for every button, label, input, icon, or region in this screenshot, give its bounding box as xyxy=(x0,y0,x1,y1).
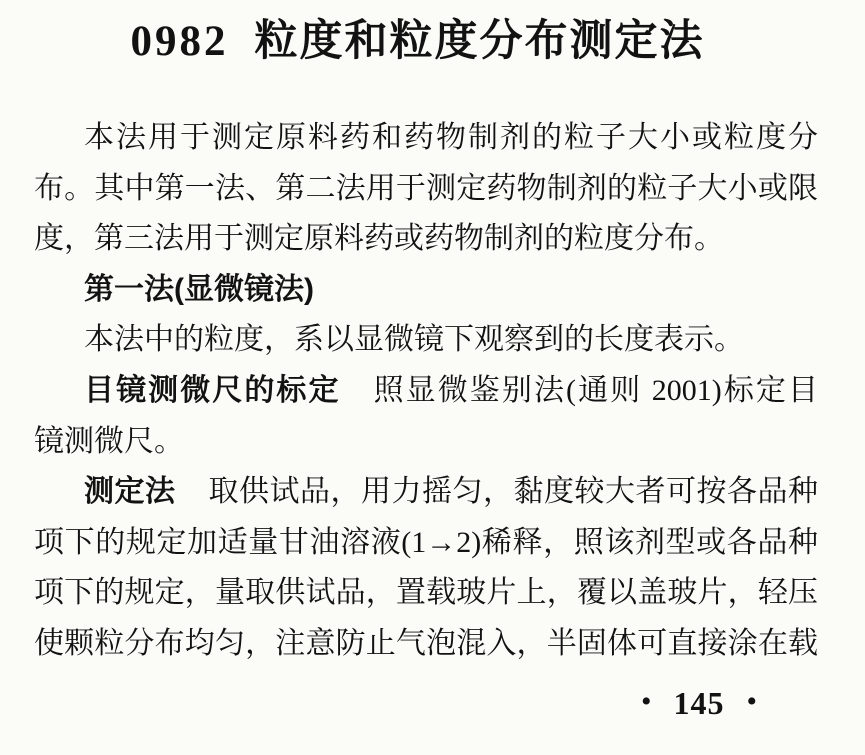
page-number: 145 xyxy=(673,685,724,722)
section-heading: 第一法(显微镜法) xyxy=(34,265,818,316)
bold-lead-calibration: 目镜测微尺的标定 xyxy=(84,374,341,407)
bullet-icon: • xyxy=(641,687,652,717)
text-line: 目镜测微尺的标定照显微鉴别法(通则 2001)标定目 xyxy=(34,366,818,417)
bold-lead-procedure: 测定法 xyxy=(84,475,176,508)
text-line: 本法中的粒度，系以显微镜下观察到的长度表示。 xyxy=(34,315,818,366)
page-title: 0982粒度和粒度分布测定法 xyxy=(0,12,865,72)
page-footer: • 145 • xyxy=(641,682,757,724)
document-page: 0982粒度和粒度分布测定法 本法用于测定原料药和药物制剂的粒子大小或粒度分 布… xyxy=(0,0,865,755)
chapter-title-text: 粒度和粒度分布测定法 xyxy=(255,18,705,65)
text-line: 度，第三法用于测定原料药或药物制剂的粒度分布。 xyxy=(34,214,818,265)
text-line: 测定法取供试品，用力摇匀，黏度较大者可按各品种 xyxy=(34,467,818,518)
document-body: 本法用于测定原料药和药物制剂的粒子大小或粒度分 布。其中第一法、第二法用于测定药… xyxy=(34,113,818,670)
chapter-number: 0982 xyxy=(131,18,229,65)
procedure-text: 取供试品，用力摇匀，黏度较大者可按各品种 xyxy=(209,475,819,508)
calibration-text: 照显微鉴别法(通则 2001)标定目 xyxy=(374,374,818,407)
text-line: 镜测微尺。 xyxy=(34,417,818,468)
bullet-icon: • xyxy=(746,687,757,717)
text-line: 使颗粒分布均匀，注意防止气泡混入，半固体可直接涂在载 xyxy=(34,619,818,670)
text-line: 项下的规定，量取供试品，置载玻片上，覆以盖玻片，轻压 xyxy=(34,568,818,619)
text-line: 布。其中第一法、第二法用于测定药物制剂的粒子大小或限 xyxy=(34,164,818,215)
text-line: 本法用于测定原料药和药物制剂的粒子大小或粒度分 xyxy=(34,113,818,164)
text-line: 项下的规定加适量甘油溶液(1→2)稀释，照该剂型或各品种 xyxy=(34,518,818,569)
